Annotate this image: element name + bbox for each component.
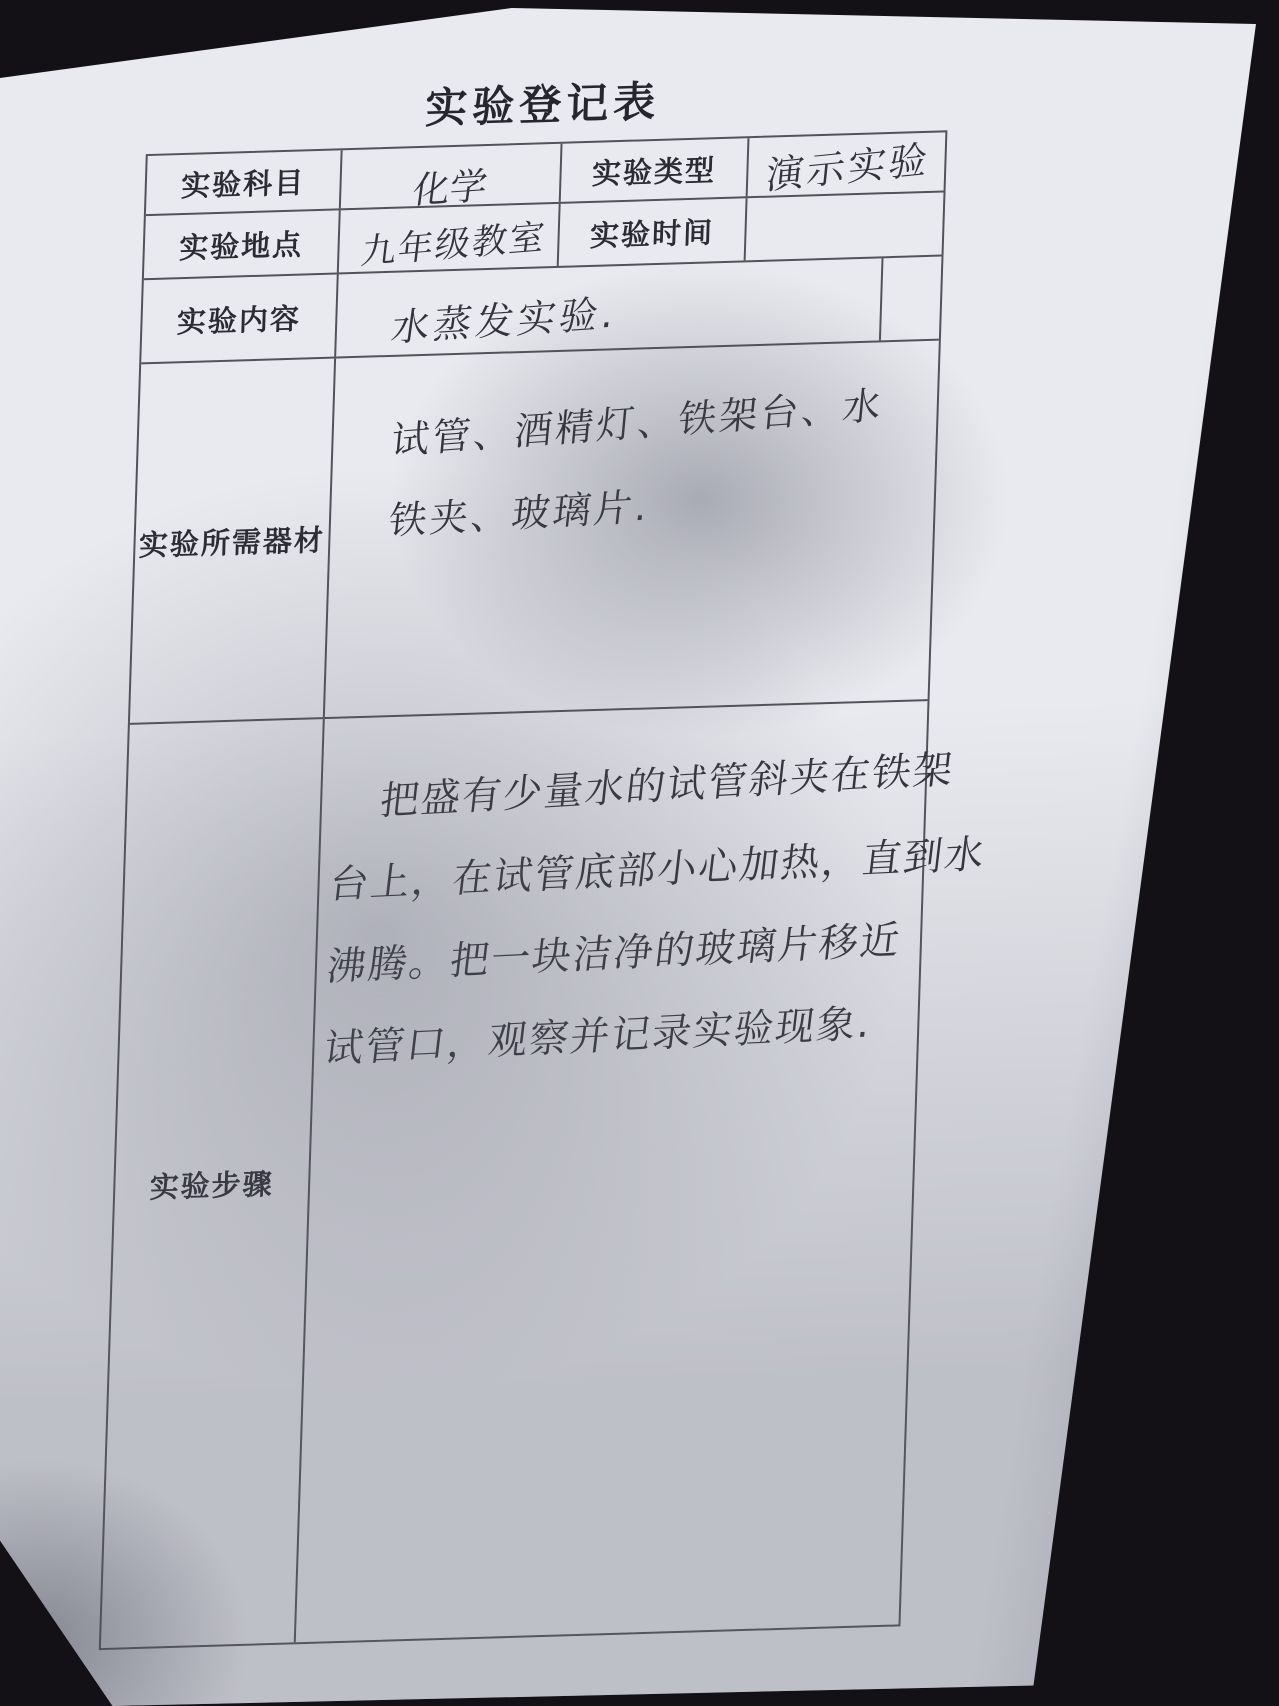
label-experiment-subject: 实验科目 — [146, 150, 341, 214]
value-experiment-content: 水蒸发实验. — [334, 258, 881, 356]
value-steps: 把盛有少量水的试管斜夹在铁架 台上，在试管底部小心加热，直到水 沸腾。把一块洁净… — [294, 701, 926, 1642]
table-row-steps: 实验步骤 把盛有少量水的试管斜夹在铁架 台上，在试管底部小心加热，直到水 沸腾。… — [101, 699, 928, 1648]
experiment-form: 实验登记表 实验科目 化学 实验类型 演示实验 实验地点 九年级教室 — [99, 60, 948, 1650]
value-content-spare-cell — [879, 257, 940, 341]
label-equipment: 实验所需器材 — [130, 359, 334, 723]
value-equipment: 试管、酒精灯、铁架台、水 铁夹、玻璃片. — [323, 341, 937, 717]
paper-sheet: 实验登记表 实验科目 化学 实验类型 演示实验 实验地点 九年级教室 — [0, 0, 1279, 1706]
label-experiment-place: 实验地点 — [144, 210, 339, 278]
handwriting-equipment: 试管、酒精灯、铁架台、水 铁夹、玻璃片. — [388, 385, 936, 561]
label-steps: 实验步骤 — [101, 719, 323, 1648]
value-experiment-type: 演示实验 — [746, 132, 946, 196]
value-experiment-subject: 化学 — [339, 144, 561, 209]
value-experiment-place: 九年级教室 — [337, 204, 559, 273]
table-row-equipment: 实验所需器材 试管、酒精灯、铁架台、水 铁夹、玻璃片. — [130, 339, 939, 723]
value-experiment-time — [744, 192, 944, 260]
handwriting-type: 演示实验 — [764, 128, 934, 200]
form-title: 实验登记表 — [146, 61, 940, 145]
label-experiment-content: 实验内容 — [141, 274, 336, 362]
label-experiment-type: 实验类型 — [559, 138, 748, 202]
handwriting-place: 九年级教室 — [359, 209, 550, 275]
label-experiment-time: 实验时间 — [557, 198, 746, 266]
handwriting-content: 水蒸发实验. — [388, 282, 622, 352]
handwriting-steps: 把盛有少量水的试管斜夹在铁架 台上，在试管底部小心加热，直到水 沸腾。把一块洁净… — [323, 745, 924, 1091]
photo-background: 实验登记表 实验科目 化学 实验类型 演示实验 实验地点 九年级教室 — [0, 0, 1279, 1706]
form-table: 实验科目 化学 实验类型 演示实验 实验地点 九年级教室 实验时间 — [99, 130, 948, 1650]
